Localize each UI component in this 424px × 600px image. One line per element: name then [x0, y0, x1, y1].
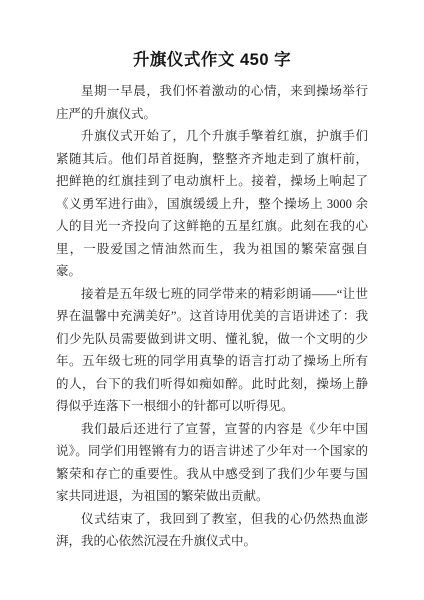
- essay-paragraph: 仪式结束了，我回到了教室，但我的心仍然热血澎湃，我的心依然沉浸在升旗仪式中。: [56, 508, 368, 553]
- essay-page: 升旗仪式作文 450 字 星期一早晨，我们怀着激动的心情，来到操场举行庄严的升旗…: [0, 0, 424, 600]
- essay-paragraph: 我们最后还进行了宣誓，宣誓的内容是《少年中国说》。同学们用铿锵有力的语言讲述了少…: [56, 418, 368, 508]
- essay-paragraph: 星期一早晨，我们怀着激动的心情，来到操场举行庄严的升旗仪式。: [56, 80, 368, 125]
- essay-paragraph: 接着是五年级七班的同学带来的精彩朗诵——“让世界在温馨中充满美好”。这首诗用优美…: [56, 283, 368, 418]
- essay-paragraph: 升旗仪式开始了，几个升旗手擎着红旗，护旗手们紧随其后。他们昂首挺胸，整整齐齐地走…: [56, 125, 368, 283]
- essay-title: 升旗仪式作文 450 字: [56, 0, 368, 71]
- essay-body: 星期一早晨，我们怀着激动的心情，来到操场举行庄严的升旗仪式。 升旗仪式开始了，几…: [56, 80, 368, 553]
